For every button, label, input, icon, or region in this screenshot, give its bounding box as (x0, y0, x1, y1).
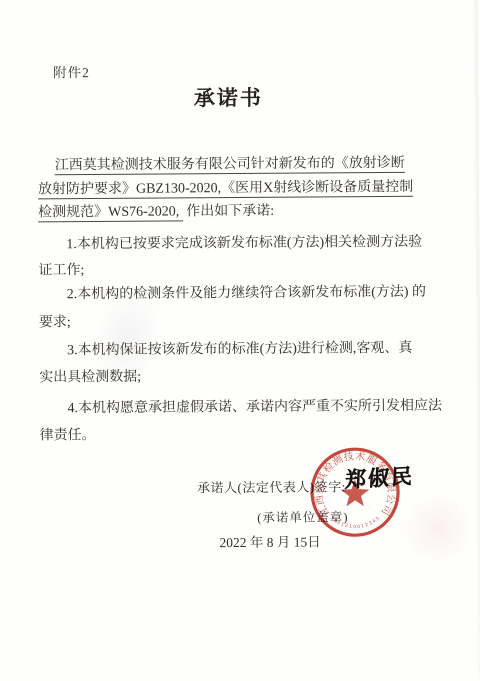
commitment-item-4: 4.本机构愿意承担虚假承诺、承诺内容严重不实所引发相应法律责任。 (39, 393, 441, 450)
document-page: 附件2 承诺书 江西莫其检测技术服务有限公司针对新发布的《放射诊断放射防护要求》… (0, 0, 480, 681)
attachment-label: 附件2 (53, 61, 90, 81)
seal-ink-smudge (403, 493, 473, 563)
commitment-item-1: 1.本机构已按要求完成该新发布标准(方法)相关检测方法验证工作; (38, 230, 440, 285)
svg-text:3601210012345: 3601210012345 (329, 515, 382, 531)
scanned-letter: 附件2 承诺书 江西莫其检测技术服务有限公司针对新发布的《放射诊断放射防护要求》… (0, 0, 480, 681)
intro-paragraph: 江西莫其检测技术服务有限公司针对新发布的《放射诊断放射防护要求》GBZ130-2… (38, 152, 440, 225)
scan-edge-shadow (473, 0, 480, 679)
page-title: 承诺书 (0, 80, 468, 113)
seal-code: 3601210012345 (329, 515, 382, 531)
handwritten-signature: 郑俶民 (344, 460, 414, 494)
